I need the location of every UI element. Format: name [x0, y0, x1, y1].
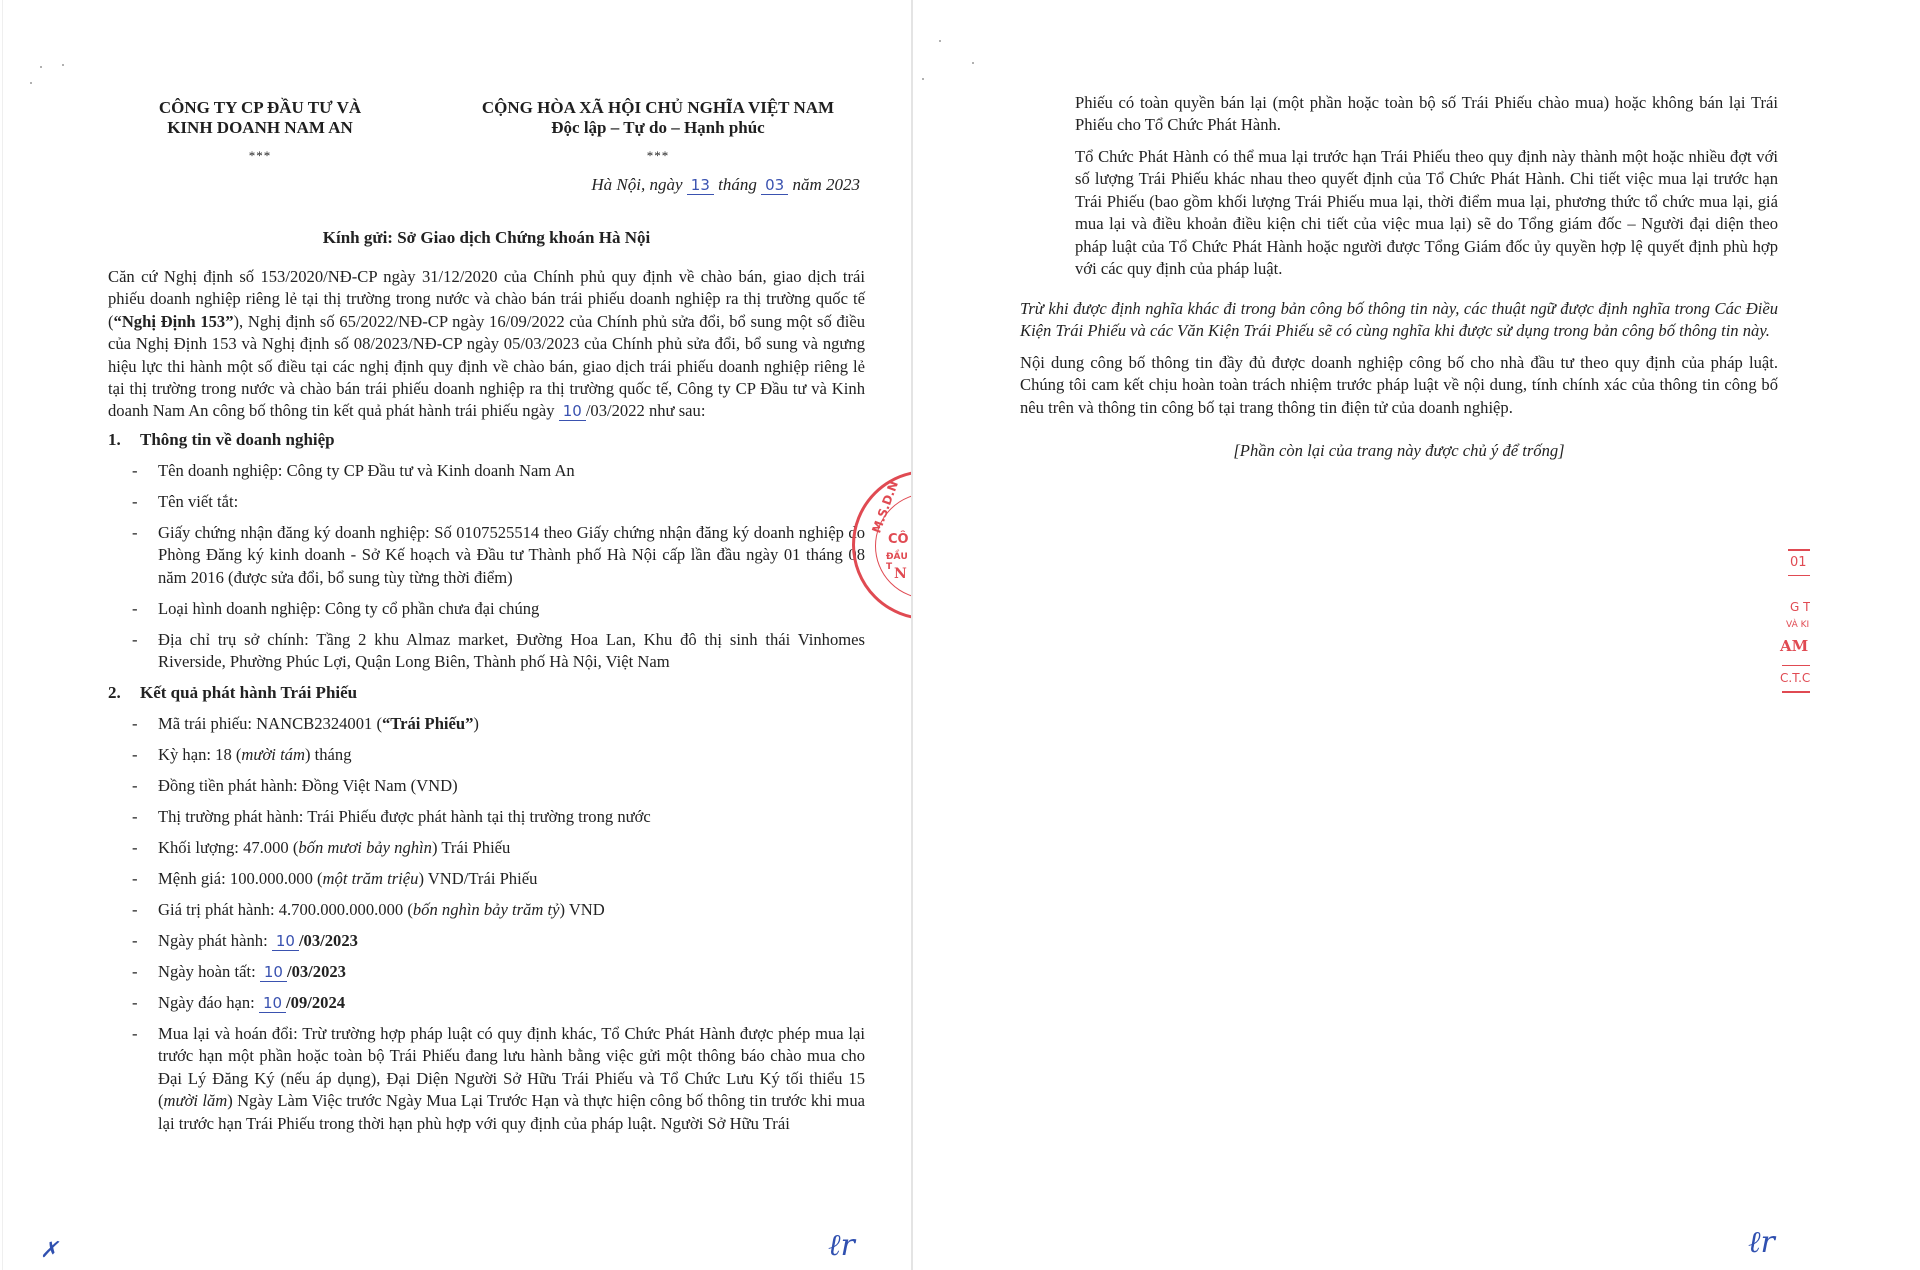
stamp-rule	[1782, 665, 1810, 666]
section-number: 2.	[108, 683, 140, 703]
nation-stars: ***	[478, 146, 838, 166]
nation-header: CỘNG HÒA XÃ HỘI CHỦ NGHĨA VIỆT NAM Độc l…	[478, 98, 838, 166]
completion-date-item: Ngày hoàn tất: 10/03/2023	[130, 961, 865, 983]
handwritten-day: 13	[687, 176, 714, 195]
item-text: Ngày đáo hạn:	[158, 993, 255, 1012]
page-divider	[911, 0, 913, 1270]
list-item: Giấy chứng nhận đăng ký doanh nghiệp: Số…	[130, 522, 865, 589]
intro-defined-term: “Nghị Định 153”	[114, 312, 234, 331]
list-item: Loại hình doanh nghiệp: Công ty cổ phần …	[130, 598, 865, 620]
term-item: Kỳ hạn: 18 (mười tám) tháng	[130, 744, 865, 766]
list-item: Địa chỉ trụ sở chính: Tầng 2 khu Almaz m…	[130, 629, 865, 674]
company-info-list: Tên doanh nghiệp: Công ty CP Đầu tư và K…	[130, 460, 865, 682]
company-header: CÔNG TY CP ĐẦU TƯ VÀ KINH DOANH NAM AN *…	[150, 98, 370, 166]
initials-signature: ℓr	[1748, 1225, 1775, 1260]
item-italic: bốn nghìn bảy trăm tỷ	[413, 900, 560, 919]
intro-text-3: /03/2022 như sau:	[586, 401, 706, 420]
scan-speck	[62, 64, 64, 66]
list-item: Tên viết tắt:	[130, 491, 865, 513]
item-text: Khối lượng: 47.000 (	[158, 838, 298, 857]
stamp-text: N	[894, 566, 907, 582]
currency-item: Đồng tiền phát hành: Đồng Việt Nam (VND)	[130, 775, 865, 797]
definitions-note: Trừ khi được định nghĩa khác đi trong bả…	[1020, 298, 1778, 343]
bond-results-list: Mã trái phiếu: NANCB2324001 (“Trái Phiếu…	[130, 713, 865, 1144]
item-italic: bốn mươi bảy nghìn	[298, 838, 432, 857]
company-name-line2: KINH DOANH NAM AN	[150, 118, 370, 138]
bond-code-item: Mã trái phiếu: NANCB2324001 (“Trái Phiếu…	[130, 713, 865, 735]
date-prefix: Hà Nội, ngày	[591, 175, 682, 194]
scan-speck	[30, 82, 32, 84]
section-title: Thông tin về doanh nghiệp	[140, 430, 335, 449]
nation-motto: Độc lập – Tự do – Hạnh phúc	[478, 118, 838, 138]
item-italic: mười lăm	[164, 1091, 228, 1110]
blank-page-note: [Phần còn lại của trang này được chủ ý đ…	[1020, 440, 1778, 462]
maturity-date-item: Ngày đáo hạn: 10/09/2024	[130, 992, 865, 1014]
stamp-rule	[1782, 691, 1810, 693]
nation-name: CỘNG HÒA XÃ HỘI CHỦ NGHĨA VIỆT NAM	[478, 98, 838, 118]
market-item: Thị trường phát hành: Trái Phiếu được ph…	[130, 806, 865, 828]
item-text: ) VND/Trái Phiếu	[418, 869, 537, 888]
document-page-left: CÔNG TY CP ĐẦU TƯ VÀ KINH DOANH NAM AN *…	[0, 0, 912, 1270]
stamp-text: C.T.C	[1780, 671, 1810, 685]
initials-signature: ✗	[40, 1238, 58, 1263]
company-name-line1: CÔNG TY CP ĐẦU TƯ VÀ	[150, 98, 370, 118]
scan-speck	[939, 40, 941, 42]
month-label: tháng	[718, 175, 757, 194]
handwritten-day: 10	[559, 402, 586, 421]
par-value-item: Mệnh giá: 100.000.000 (một trăm triệu) V…	[130, 868, 865, 890]
item-bold: “Trái Phiếu”	[382, 714, 473, 733]
item-italic: một trăm triệu	[323, 869, 419, 888]
item-italic: mười tám	[241, 745, 305, 764]
company-stamp-left: M.S.D.N CÔ ĐẦU T N	[840, 460, 911, 630]
stamp-text: 01	[1790, 555, 1807, 570]
stamp-text: AM	[1780, 637, 1808, 655]
year-label: năm 2023	[792, 175, 860, 194]
section-number: 1.	[108, 430, 140, 450]
resale-paragraph: Phiếu có toàn quyền bán lại (một phần ho…	[1075, 92, 1778, 137]
early-redemption-paragraph: Tổ Chức Phát Hành có thể mua lại trước h…	[1075, 146, 1778, 280]
handwritten-month: 03	[761, 176, 788, 195]
volume-item: Khối lượng: 47.000 (bốn mươi bảy nghìn) …	[130, 837, 865, 859]
item-text: Mã trái phiếu: NANCB2324001 (	[158, 714, 382, 733]
item-text: Ngày hoàn tất:	[158, 962, 256, 981]
stamp-text: VÀ KIN	[1786, 620, 1810, 630]
addressee-title: Kính gửi: Sở Giao dịch Chứng khoán Hà Nộ…	[108, 228, 865, 248]
section-1-heading: 1.Thông tin về doanh nghiệp	[108, 430, 335, 450]
item-text: ) tháng	[305, 745, 352, 764]
list-item: Tên doanh nghiệp: Công ty CP Đầu tư và K…	[130, 460, 865, 482]
item-text: Ngày phát hành:	[158, 931, 268, 950]
intro-paragraph: Căn cứ Nghị định số 153/2020/NĐ-CP ngày …	[108, 266, 865, 423]
item-text: ) Ngày Làm Việc trước Ngày Mua Lại Trước…	[158, 1091, 865, 1132]
item-text: ) VND	[559, 900, 604, 919]
item-bold: /03/2023	[287, 962, 346, 981]
commitment-paragraph: Nội dung công bố thông tin đầy đủ được d…	[1020, 352, 1778, 419]
item-bold: /09/2024	[286, 993, 345, 1012]
section-title: Kết quả phát hành Trái Phiếu	[140, 683, 357, 702]
stamp-text: CÔ	[888, 532, 909, 547]
issue-date-item: Ngày phát hành: 10/03/2023	[130, 930, 865, 952]
stamp-text: G T	[1790, 600, 1810, 614]
handwritten-day: 10	[272, 932, 299, 951]
item-text: Kỳ hạn: 18 (	[158, 745, 241, 764]
company-stamp-right: 01 G T VÀ KIN AM C.T.C	[1778, 545, 1810, 705]
date-line: Hà Nội, ngày 13 tháng 03 năm 2023	[560, 175, 860, 195]
handwritten-day: 10	[260, 963, 287, 982]
initials-signature: ℓr	[828, 1228, 855, 1263]
item-text: Mệnh giá: 100.000.000 (	[158, 869, 323, 888]
stamp-rule	[1788, 549, 1810, 551]
item-text: ) Trái Phiếu	[432, 838, 510, 857]
stamp-rule	[1788, 575, 1810, 576]
scan-speck	[922, 78, 924, 80]
item-text: Giá trị phát hành: 4.700.000.000.000 (	[158, 900, 413, 919]
issue-value-item: Giá trị phát hành: 4.700.000.000.000 (bố…	[130, 899, 865, 921]
company-stars: ***	[150, 146, 370, 166]
scan-speck	[40, 66, 42, 68]
redemption-item: Mua lại và hoán đổi: Trừ trường hợp pháp…	[130, 1023, 865, 1135]
handwritten-day: 10	[259, 994, 286, 1013]
page-edge	[2, 0, 3, 1270]
scan-speck	[972, 62, 974, 64]
section-2-heading: 2.Kết quả phát hành Trái Phiếu	[108, 683, 357, 703]
item-text: )	[473, 714, 479, 733]
item-bold: /03/2023	[299, 931, 358, 950]
